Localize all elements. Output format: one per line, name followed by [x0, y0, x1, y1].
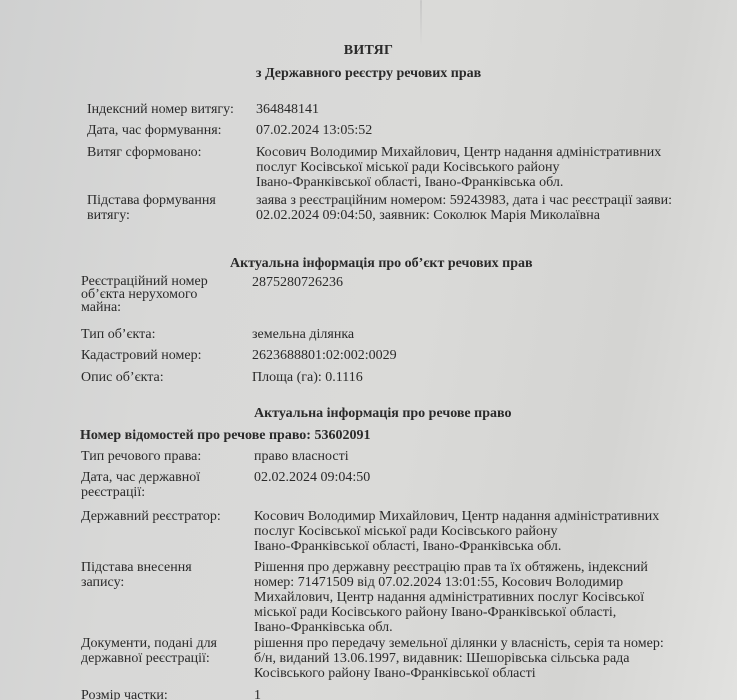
value-generated-by: Косович Володимир Михайлович, Центр нада… [256, 145, 726, 190]
value-index-number: 364848141 [256, 102, 319, 117]
label-share-size: Розмір частки: [81, 688, 251, 700]
value-generation-basis: заява з реєстраційним номером: 59243983,… [256, 193, 726, 223]
label-entry-basis: Підстава внесення запису: [81, 560, 251, 590]
label-right-type: Тип речового права: [81, 449, 251, 464]
value-cadastral-number: 2623688801:02:002:0029 [252, 348, 397, 363]
value-share-size: 1 [254, 688, 261, 700]
label-cadastral-number: Кадастровий номер: [81, 348, 246, 363]
label-generation-date: Дата, час формування: [87, 123, 247, 138]
label-state-registrar: Державний реєстратор: [81, 509, 251, 524]
document-page: ВИТЯГ з Державного реєстру речових прав … [0, 0, 737, 700]
document-subtitle: з Державного реєстру речових прав [0, 66, 737, 82]
label-generation-basis: Підстава формування витягу: [87, 193, 247, 223]
paper-fold-mark [420, 0, 422, 45]
label-object-reg-number: Реєстраційний номер об’єкта нерухомого м… [81, 275, 246, 314]
value-right-type: право власності [254, 449, 349, 464]
label-registration-date: Дата, час державної реєстрації: [81, 470, 251, 500]
value-entry-basis: Рішення про державну реєстрацію прав та … [254, 560, 724, 635]
document-title: ВИТЯГ [0, 43, 737, 59]
value-generation-date: 07.02.2024 13:05:52 [256, 123, 372, 138]
value-registration-date: 02.02.2024 09:04:50 [254, 470, 370, 485]
label-index-number: Індексний номер витягу: [87, 102, 247, 117]
value-object-type: земельна ділянка [252, 327, 354, 342]
value-object-reg-number: 2875280726236 [252, 275, 343, 290]
object-section-heading: Актуальна інформація про об’єкт речових … [230, 256, 533, 272]
label-submitted-documents: Документи, подані для державної реєстрац… [81, 636, 251, 666]
right-section-heading: Актуальна інформація про речове право [254, 406, 511, 422]
label-object-description: Опис об’єкта: [81, 370, 246, 385]
label-object-type: Тип об’єкта: [81, 327, 246, 342]
label-generated-by: Витяг сформовано: [87, 145, 247, 160]
value-state-registrar: Косович Володимир Михайлович, Центр нада… [254, 509, 724, 554]
right-record-number: Номер відомостей про речове право: 53602… [80, 428, 370, 444]
value-submitted-documents: рішення про передачу земельної ділянки у… [254, 636, 724, 681]
value-object-description: Площа (га): 0.1116 [252, 370, 363, 385]
